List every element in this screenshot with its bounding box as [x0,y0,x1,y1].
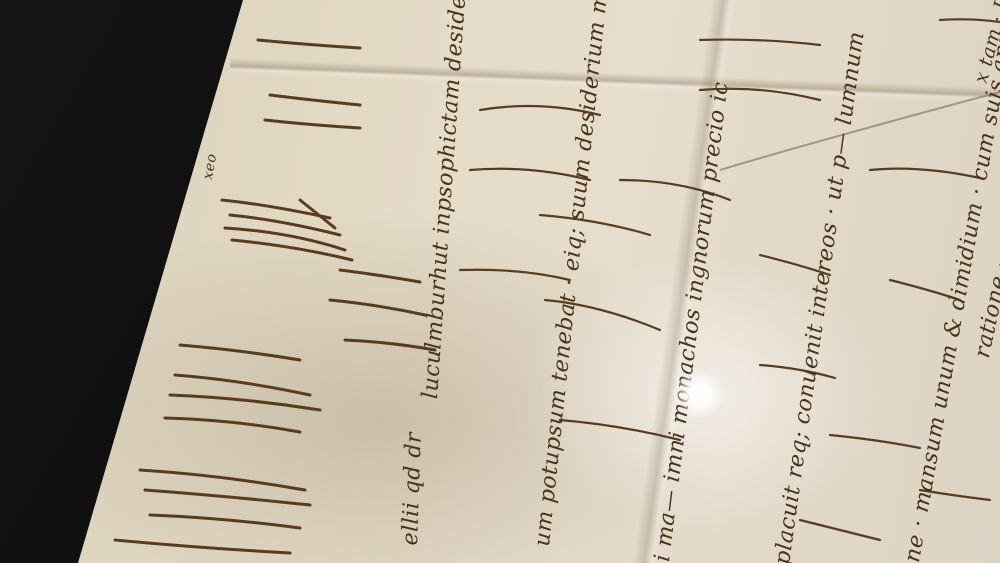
manuscript-line-8: ellii qd dr [398,432,427,546]
light-glare-reflection [675,370,723,418]
